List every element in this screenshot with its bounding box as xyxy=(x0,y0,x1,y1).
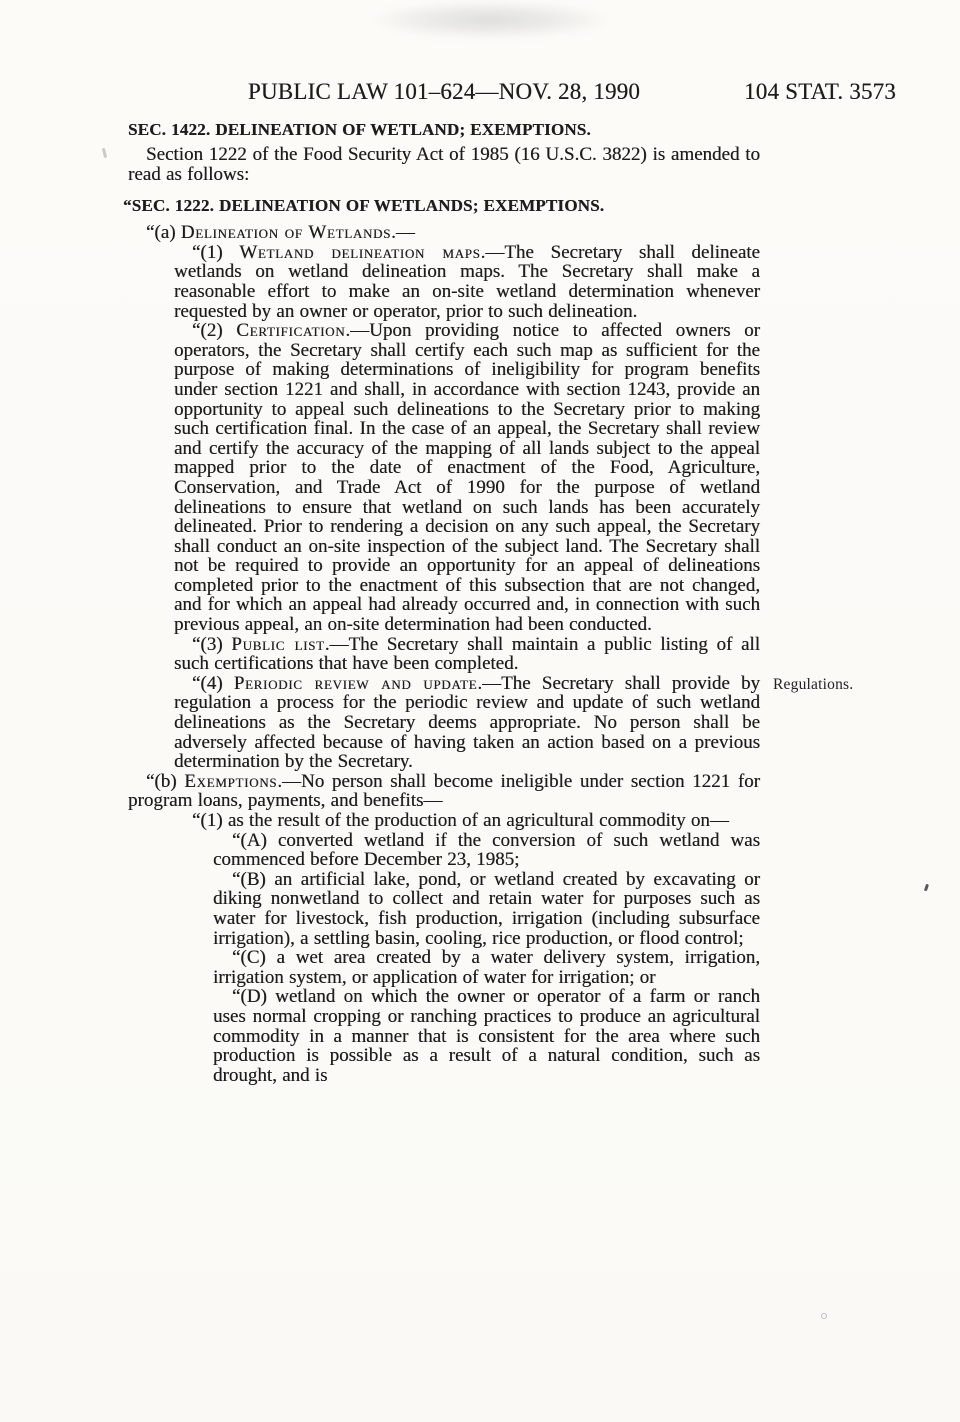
paragraph-text: wetland on which the owner or operator o… xyxy=(213,986,760,1085)
page-header: PUBLIC LAW 101–624—NOV. 28, 1990 104 STA… xyxy=(128,79,896,107)
paragraph-text: an artificial lake, pond, or wetland cre… xyxy=(213,869,760,949)
smallcaps-heading: Wetland delineation maps xyxy=(239,242,480,263)
paragraph-text: as the result of the production of an ag… xyxy=(228,810,729,831)
smallcaps-heading: Periodic review and update xyxy=(234,673,478,694)
paragraph-b-exemptions: “(b) Exemptions.—No person shall become … xyxy=(128,772,760,811)
scan-speck-bottom xyxy=(821,1313,827,1319)
margin-note-regulations: Regulations. xyxy=(773,676,938,693)
paragraph-text: converted wetland if the conversion of s… xyxy=(213,830,760,871)
statute-page: PUBLIC LAW 101–624—NOV. 28, 1990 104 STA… xyxy=(0,0,960,1422)
statute-body: SEC. 1422. DELINEATION OF WETLAND; EXEMP… xyxy=(128,119,760,1085)
scan-speck-left-margin xyxy=(102,148,107,158)
paragraph-label: “(4) xyxy=(192,673,234,694)
paragraph-label: “(A) xyxy=(232,830,278,851)
paragraph-a4-periodic-review: “(4) Periodic review and update.—The Sec… xyxy=(128,674,760,772)
paragraph-a-delineation: “(a) Delineation of Wetlands.— xyxy=(128,223,760,243)
smallcaps-heading: Certification xyxy=(236,320,345,341)
paragraph-a2-certification: “(2) Certification.—Upon providing notic… xyxy=(128,321,760,635)
smallcaps-heading: Delineation of Wetlands xyxy=(181,222,391,243)
statute-page-number: 104 STAT. 3573 xyxy=(744,79,896,105)
paragraph-text: .— xyxy=(391,222,415,243)
paragraph-label: “(a) xyxy=(146,222,181,243)
paragraph-text: a wet area created by a water delivery s… xyxy=(213,947,760,988)
paragraph-label: “(C) xyxy=(232,947,276,968)
paragraph-b1C-wet-area: “(C) a wet area created by a water deliv… xyxy=(128,948,760,987)
paragraph-b1B-artificial-lake: “(B) an artificial lake, pond, or wetlan… xyxy=(128,870,760,948)
paragraph-label: “(2) xyxy=(192,320,236,341)
amendatory-intro-text: Section 1222 of the Food Security Act of… xyxy=(128,145,760,184)
paragraph-label: “(B) xyxy=(232,869,274,890)
paragraph-b1-agricultural-commodity: “(1) as the result of the production of … xyxy=(128,811,760,831)
paragraph-label: “(1) xyxy=(192,810,228,831)
law-title: PUBLIC LAW 101–624—NOV. 28, 1990 xyxy=(128,79,760,105)
paragraph-b1A-converted-wetland: “(A) converted wetland if the conversion… xyxy=(128,831,760,870)
paragraph-label: “(3) xyxy=(192,634,231,655)
paragraph-label: “(D) xyxy=(232,986,275,1007)
scan-speck-right-margin xyxy=(924,884,929,892)
quoted-section-1222-heading: “SEC. 1222. DELINEATION OF WETLANDS; EXE… xyxy=(123,195,760,216)
smallcaps-heading: Public list xyxy=(231,634,324,655)
paragraph-label: “(b) xyxy=(146,771,184,792)
paragraph-text: .—Upon providing notice to affected owne… xyxy=(174,320,760,635)
scan-smudge-top xyxy=(335,0,645,44)
paragraph-label: “(1) xyxy=(192,242,239,263)
paragraph-b1D-normal-cropping: “(D) wetland on which the owner or opera… xyxy=(128,987,760,1085)
section-1422-heading: SEC. 1422. DELINEATION OF WETLAND; EXEMP… xyxy=(128,119,760,140)
smallcaps-heading: Exemptions xyxy=(184,771,277,792)
paragraph-a3-public-list: “(3) Public list.—The Secretary shall ma… xyxy=(128,635,760,674)
paragraph-a1-wetland-delineation-maps: “(1) Wetland delineation maps.—The Secre… xyxy=(128,243,760,321)
